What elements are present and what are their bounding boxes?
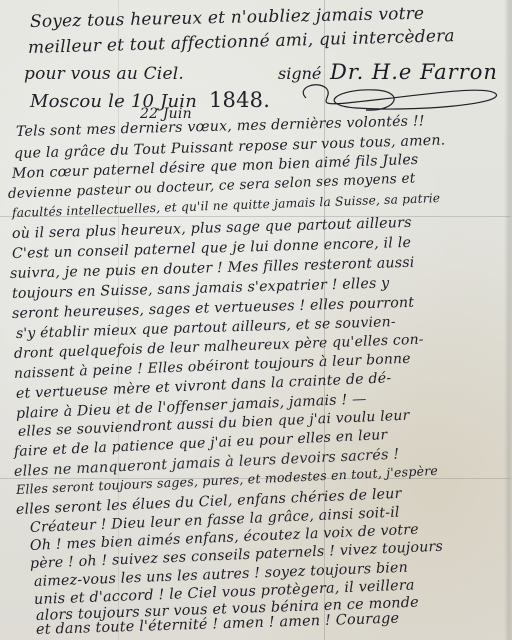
letter-page: Soyez tous heureux et n'oubliez jamais v…: [0, 0, 512, 640]
header-text: meilleur et tout affectionné ami, qui in…: [28, 26, 455, 58]
header-text: pour vous au Ciel.: [24, 64, 184, 84]
